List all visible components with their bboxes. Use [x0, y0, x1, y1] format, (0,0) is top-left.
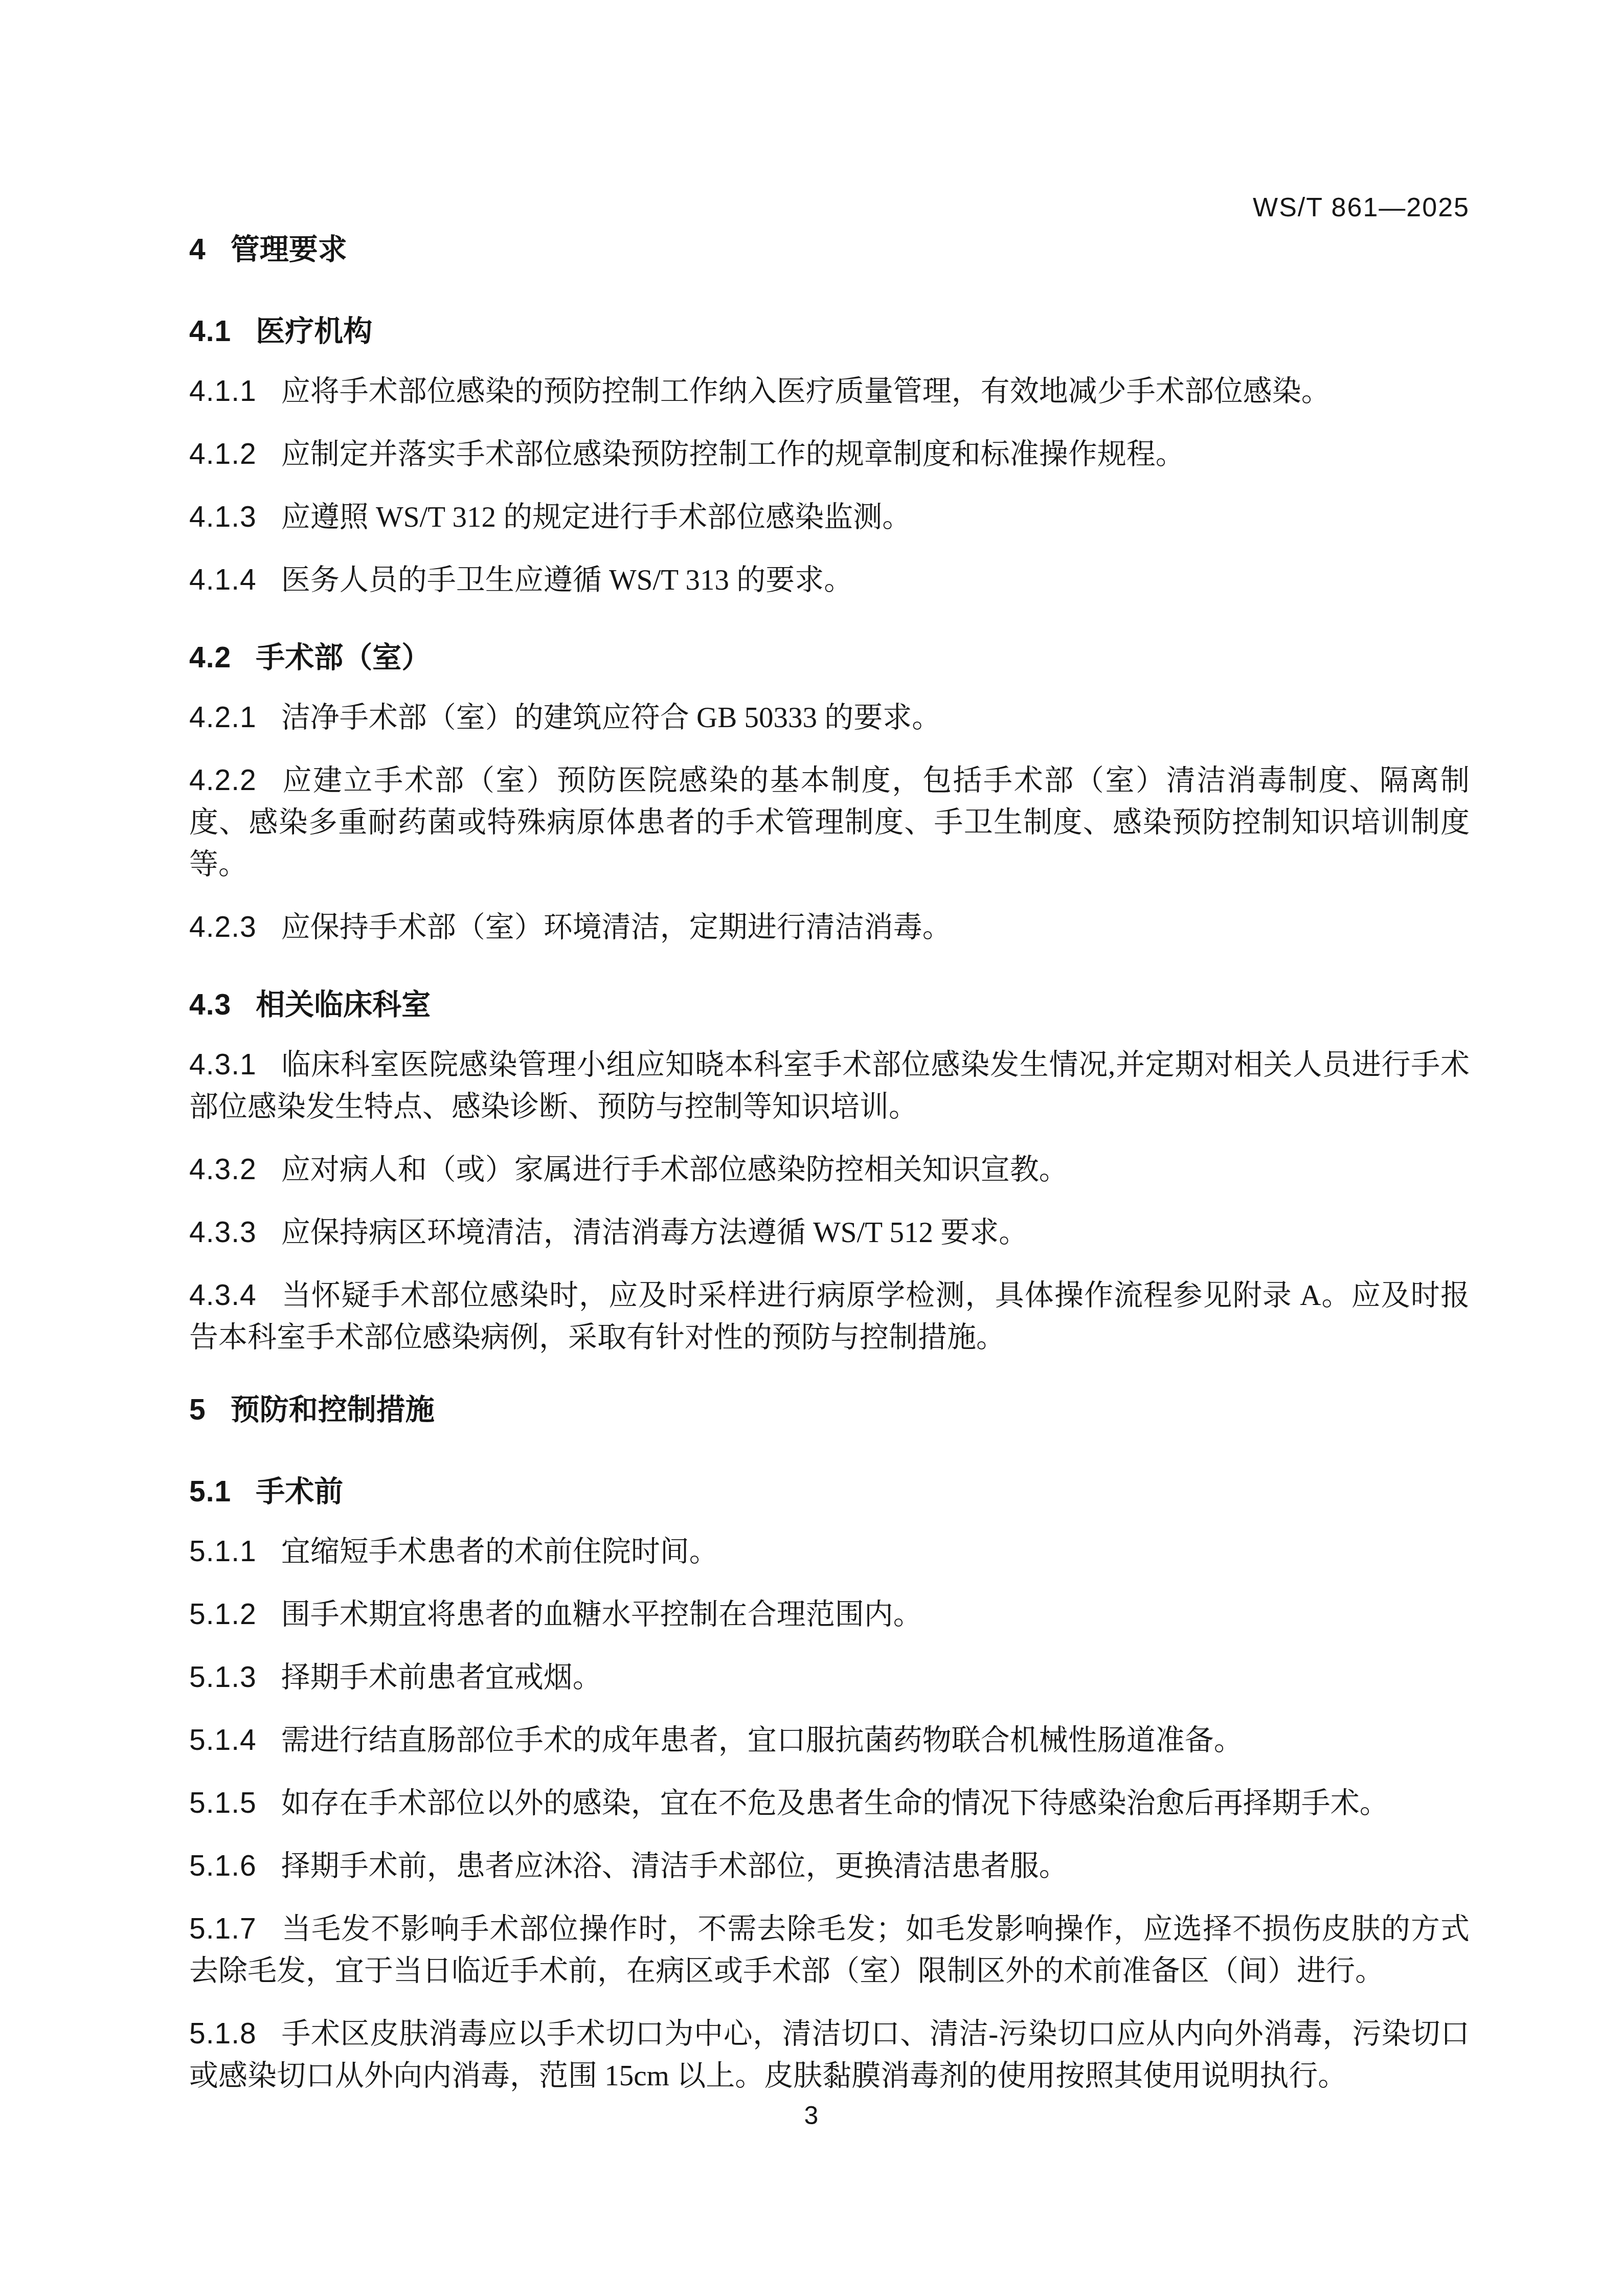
clause-text: 当毛发不影响手术部位操作时，不需去除毛发；如毛发影响操作，应选择不损伤皮肤的方式… — [189, 1913, 1470, 1987]
clause-number: 4.3.1 — [189, 1048, 257, 1081]
clause-number: 5.1.3 — [189, 1661, 257, 1694]
clause-text: 应将手术部位感染的预防控制工作纳入医疗质量管理，有效地减少手术部位感染。 — [281, 375, 1331, 408]
clause-number: 4.1.3 — [189, 501, 257, 533]
clause-5-1-4: 5.1.4需进行结直肠部位手术的成年患者，宜口服抗菌药物联合机械性肠道准备。 — [189, 1719, 1470, 1762]
heading-title: 相关临床科室 — [256, 988, 431, 1021]
clause-number: 4.2.3 — [189, 911, 257, 943]
standard-code: WS/T 861—2025 — [1253, 193, 1470, 222]
clause-text: 医务人员的手卫生应遵循 WS/T 313 的要求。 — [281, 564, 853, 596]
heading-number: 4.2 — [189, 642, 231, 673]
clause-5-1-6: 5.1.6择期手术前，患者应沐浴、清洁手术部位，更换清洁患者服。 — [189, 1845, 1470, 1887]
clause-number: 4.2.2 — [189, 764, 257, 797]
clause-number: 5.1.1 — [189, 1535, 257, 1568]
clause-5-1-5: 5.1.5如存在手术部位以外的感染，宜在不危及患者生命的情况下待感染治愈后再择期… — [189, 1782, 1470, 1825]
page-footer: 3 — [0, 2103, 1623, 2128]
clause-text: 应对病人和（或）家属进行手术部位感染防控相关知识宣教。 — [281, 1154, 1068, 1186]
clause-number: 5.1.5 — [189, 1787, 257, 1819]
clause-number: 4.1.2 — [189, 438, 257, 470]
clause-4-3-2: 4.3.2应对病人和（或）家属进行手术部位感染防控相关知识宣教。 — [189, 1149, 1470, 1191]
heading-number: 5 — [189, 1394, 206, 1425]
clause-text: 当怀疑手术部位感染时，应及时采样进行病原学检测，具体操作流程参见附录 A。应及时… — [189, 1279, 1470, 1354]
clause-number: 4.1.4 — [189, 564, 257, 596]
heading-number: 4.3 — [189, 989, 231, 1020]
heading-title: 医疗机构 — [256, 315, 372, 348]
clause-number: 5.1.7 — [189, 1912, 257, 1945]
heading-number: 4 — [189, 234, 206, 265]
clause-number: 5.1.2 — [189, 1598, 257, 1631]
clause-text: 应建立手术部（室）预防医院感染的基本制度，包括手术部（室）清洁消毒制度、隔离制度… — [189, 764, 1470, 881]
section-heading-4-3: 4.3相关临床科室 — [189, 989, 1470, 1020]
clause-text: 应保持手术部（室）环境清洁，定期进行清洁消毒。 — [281, 911, 952, 943]
clause-text: 需进行结直肠部位手术的成年患者，宜口服抗菌药物联合机械性肠道准备。 — [281, 1724, 1243, 1757]
clause-5-1-7: 5.1.7当毛发不影响手术部位操作时，不需去除毛发；如毛发影响操作，应选择不损伤… — [189, 1908, 1470, 1992]
clause-text: 如存在手术部位以外的感染，宜在不危及患者生命的情况下待感染治愈后再择期手术。 — [281, 1787, 1389, 1819]
clause-text: 应制定并落实手术部位感染预防控制工作的规章制度和标准操作规程。 — [281, 438, 1185, 470]
section-heading-5-1: 5.1手术前 — [189, 1476, 1470, 1507]
clause-number: 5.1.4 — [189, 1724, 257, 1757]
clause-4-3-1: 4.3.1临床科室医院感染管理小组应知晓本科室手术部位感染发生情况,并定期对相关… — [189, 1044, 1470, 1128]
clause-number: 4.3.3 — [189, 1216, 257, 1249]
clause-text: 围手术期宜将患者的血糖水平控制在合理范围内。 — [281, 1599, 922, 1631]
clause-4-2-2: 4.2.2应建立手术部（室）预防医院感染的基本制度，包括手术部（室）清洁消毒制度… — [189, 759, 1470, 886]
page-number: 3 — [804, 2101, 819, 2130]
clause-text: 宜缩短手术患者的术前住院时间。 — [281, 1536, 718, 1568]
heading-number: 5.1 — [189, 1476, 231, 1507]
document-body: WS/T 861—2025 4管理要求 4.1医疗机构 4.1.1应将手术部位感… — [189, 194, 1470, 2118]
clause-4-1-2: 4.1.2应制定并落实手术部位感染预防控制工作的规章制度和标准操作规程。 — [189, 433, 1470, 476]
clause-text: 临床科室医院感染管理小组应知晓本科室手术部位感染发生情况,并定期对相关人员进行手… — [189, 1049, 1470, 1123]
clause-text: 应保持病区环境清洁，清洁消毒方法遵循 WS/T 512 要求。 — [281, 1217, 1028, 1249]
section-heading-4: 4管理要求 — [189, 234, 1470, 265]
section-heading-4-2: 4.2手术部（室） — [189, 642, 1470, 673]
clause-4-3-4: 4.3.4当怀疑手术部位感染时，应及时采样进行病原学检测，具体操作流程参见附录 … — [189, 1274, 1470, 1359]
clause-text: 洁净手术部（室）的建筑应符合 GB 50333 的要求。 — [281, 702, 941, 734]
clause-number: 5.1.8 — [189, 2017, 257, 2050]
clause-4-2-3: 4.2.3应保持手术部（室）环境清洁，定期进行清洁消毒。 — [189, 906, 1470, 949]
clause-4-2-1: 4.2.1洁净手术部（室）的建筑应符合 GB 50333 的要求。 — [189, 696, 1470, 739]
heading-title: 手术前 — [256, 1475, 343, 1508]
clause-5-1-8: 5.1.8手术区皮肤消毒应以手术切口为中心，清洁切口、清洁-污染切口应从内向外消… — [189, 2013, 1470, 2097]
clause-number: 4.2.1 — [189, 701, 257, 734]
clause-text: 择期手术前，患者应沐浴、清洁手术部位，更换清洁患者服。 — [281, 1850, 1068, 1882]
clause-5-1-3: 5.1.3择期手术前患者宜戒烟。 — [189, 1656, 1470, 1699]
heading-title: 管理要求 — [231, 233, 347, 266]
clause-number: 4.3.2 — [189, 1153, 257, 1186]
heading-title: 预防和控制措施 — [231, 1393, 435, 1426]
clause-5-1-2: 5.1.2围手术期宜将患者的血糖水平控制在合理范围内。 — [189, 1593, 1470, 1636]
clause-4-1-3: 4.1.3应遵照 WS/T 312 的规定进行手术部位感染监测。 — [189, 496, 1470, 538]
clause-number: 4.3.4 — [189, 1279, 257, 1312]
clause-4-3-3: 4.3.3应保持病区环境清洁，清洁消毒方法遵循 WS/T 512 要求。 — [189, 1211, 1470, 1254]
clause-text: 应遵照 WS/T 312 的规定进行手术部位感染监测。 — [281, 501, 911, 533]
clause-5-1-1: 5.1.1宜缩短手术患者的术前住院时间。 — [189, 1530, 1470, 1573]
section-heading-5: 5预防和控制措施 — [189, 1394, 1470, 1425]
standard-code-header: WS/T 861—2025 — [189, 194, 1470, 221]
heading-title: 手术部（室） — [256, 641, 431, 674]
clause-4-1-1: 4.1.1应将手术部位感染的预防控制工作纳入医疗质量管理，有效地减少手术部位感染… — [189, 370, 1470, 413]
heading-number: 4.1 — [189, 316, 231, 347]
clause-4-1-4: 4.1.4医务人员的手卫生应遵循 WS/T 313 的要求。 — [189, 559, 1470, 601]
clause-text: 择期手术前患者宜戒烟。 — [281, 1661, 602, 1694]
section-heading-4-1: 4.1医疗机构 — [189, 316, 1470, 347]
clause-number: 4.1.1 — [189, 375, 257, 408]
clause-text: 手术区皮肤消毒应以手术切口为中心，清洁切口、清洁-污染切口应从内向外消毒，污染切… — [189, 2018, 1470, 2092]
clause-number: 5.1.6 — [189, 1850, 257, 1882]
document-page: WS/T 861—2025 4管理要求 4.1医疗机构 4.1.1应将手术部位感… — [0, 0, 1623, 2296]
